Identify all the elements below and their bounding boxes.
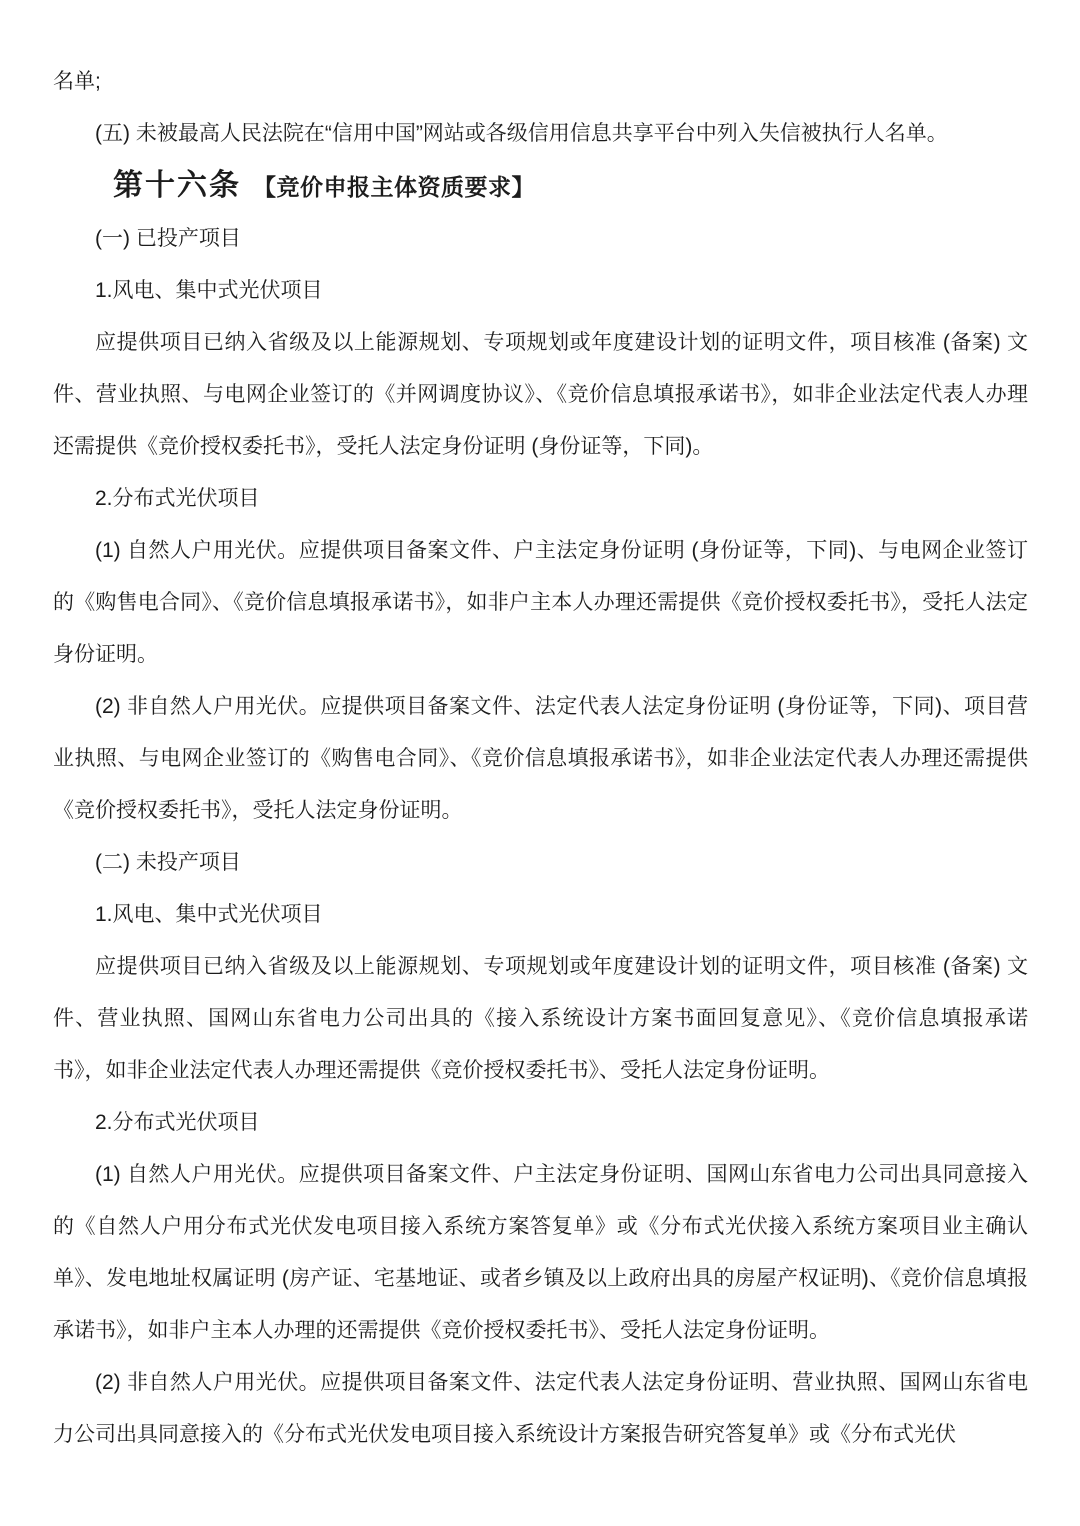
item-2-1-natural-person-paragraph: (1) 自然人户用光伏。应提供项目备案文件、户主法定身份证明 (身份证等，下同)…	[53, 525, 1028, 681]
document-page: 名单; (五) 未被最高人民法院在“信用中国”网站或各级信用信息共享平台中列入失…	[0, 0, 1080, 1526]
subsection-2-item-1-title: 1.风电、集中式光伏项目	[53, 889, 1028, 941]
subsection-2-item-1-requirements-paragraph: 应提供项目已纳入省级及以上能源规划、专项规划或年度建设计划的证明文件，项目核准 …	[53, 941, 1028, 1097]
subsection-1-title: (一) 已投产项目	[53, 213, 1028, 265]
item-1-wind-centralized-pv-title: 1.风电、集中式光伏项目	[53, 265, 1028, 317]
article-number: 第十六条	[113, 169, 241, 202]
item-1-requirements-paragraph: 应提供项目已纳入省级及以上能源规划、专项规划或年度建设计划的证明文件，项目核准 …	[53, 317, 1028, 473]
item-2-2-non-natural-person-paragraph: (2) 非自然人户用光伏。应提供项目备案文件、法定代表人法定身份证明 (身份证等…	[53, 681, 1028, 837]
subsection-2-item-2-1-natural-person-paragraph: (1) 自然人户用光伏。应提供项目备案文件、户主法定身份证明、国网山东省电力公司…	[53, 1149, 1028, 1357]
paragraph-continuation-fragment: 名单;	[53, 56, 1028, 108]
section-heading-article-16: 第十六条【竞价申报主体资质要求】	[53, 160, 1028, 213]
document-body: 名单; (五) 未被最高人民法院在“信用中国”网站或各级信用信息共享平台中列入失…	[53, 56, 1028, 1461]
clause-item-5: (五) 未被最高人民法院在“信用中国”网站或各级信用信息共享平台中列入失信被执行…	[53, 108, 1028, 160]
subsection-2-title: (二) 未投产项目	[53, 837, 1028, 889]
article-title: 【竞价申报主体资质要求】	[253, 174, 535, 200]
subsection-2-item-2-title: 2.分布式光伏项目	[53, 1097, 1028, 1149]
subsection-2-item-2-2-non-natural-person-paragraph: (2) 非自然人户用光伏。应提供项目备案文件、法定代表人法定身份证明、营业执照、…	[53, 1357, 1028, 1461]
item-2-distributed-pv-title: 2.分布式光伏项目	[53, 473, 1028, 525]
